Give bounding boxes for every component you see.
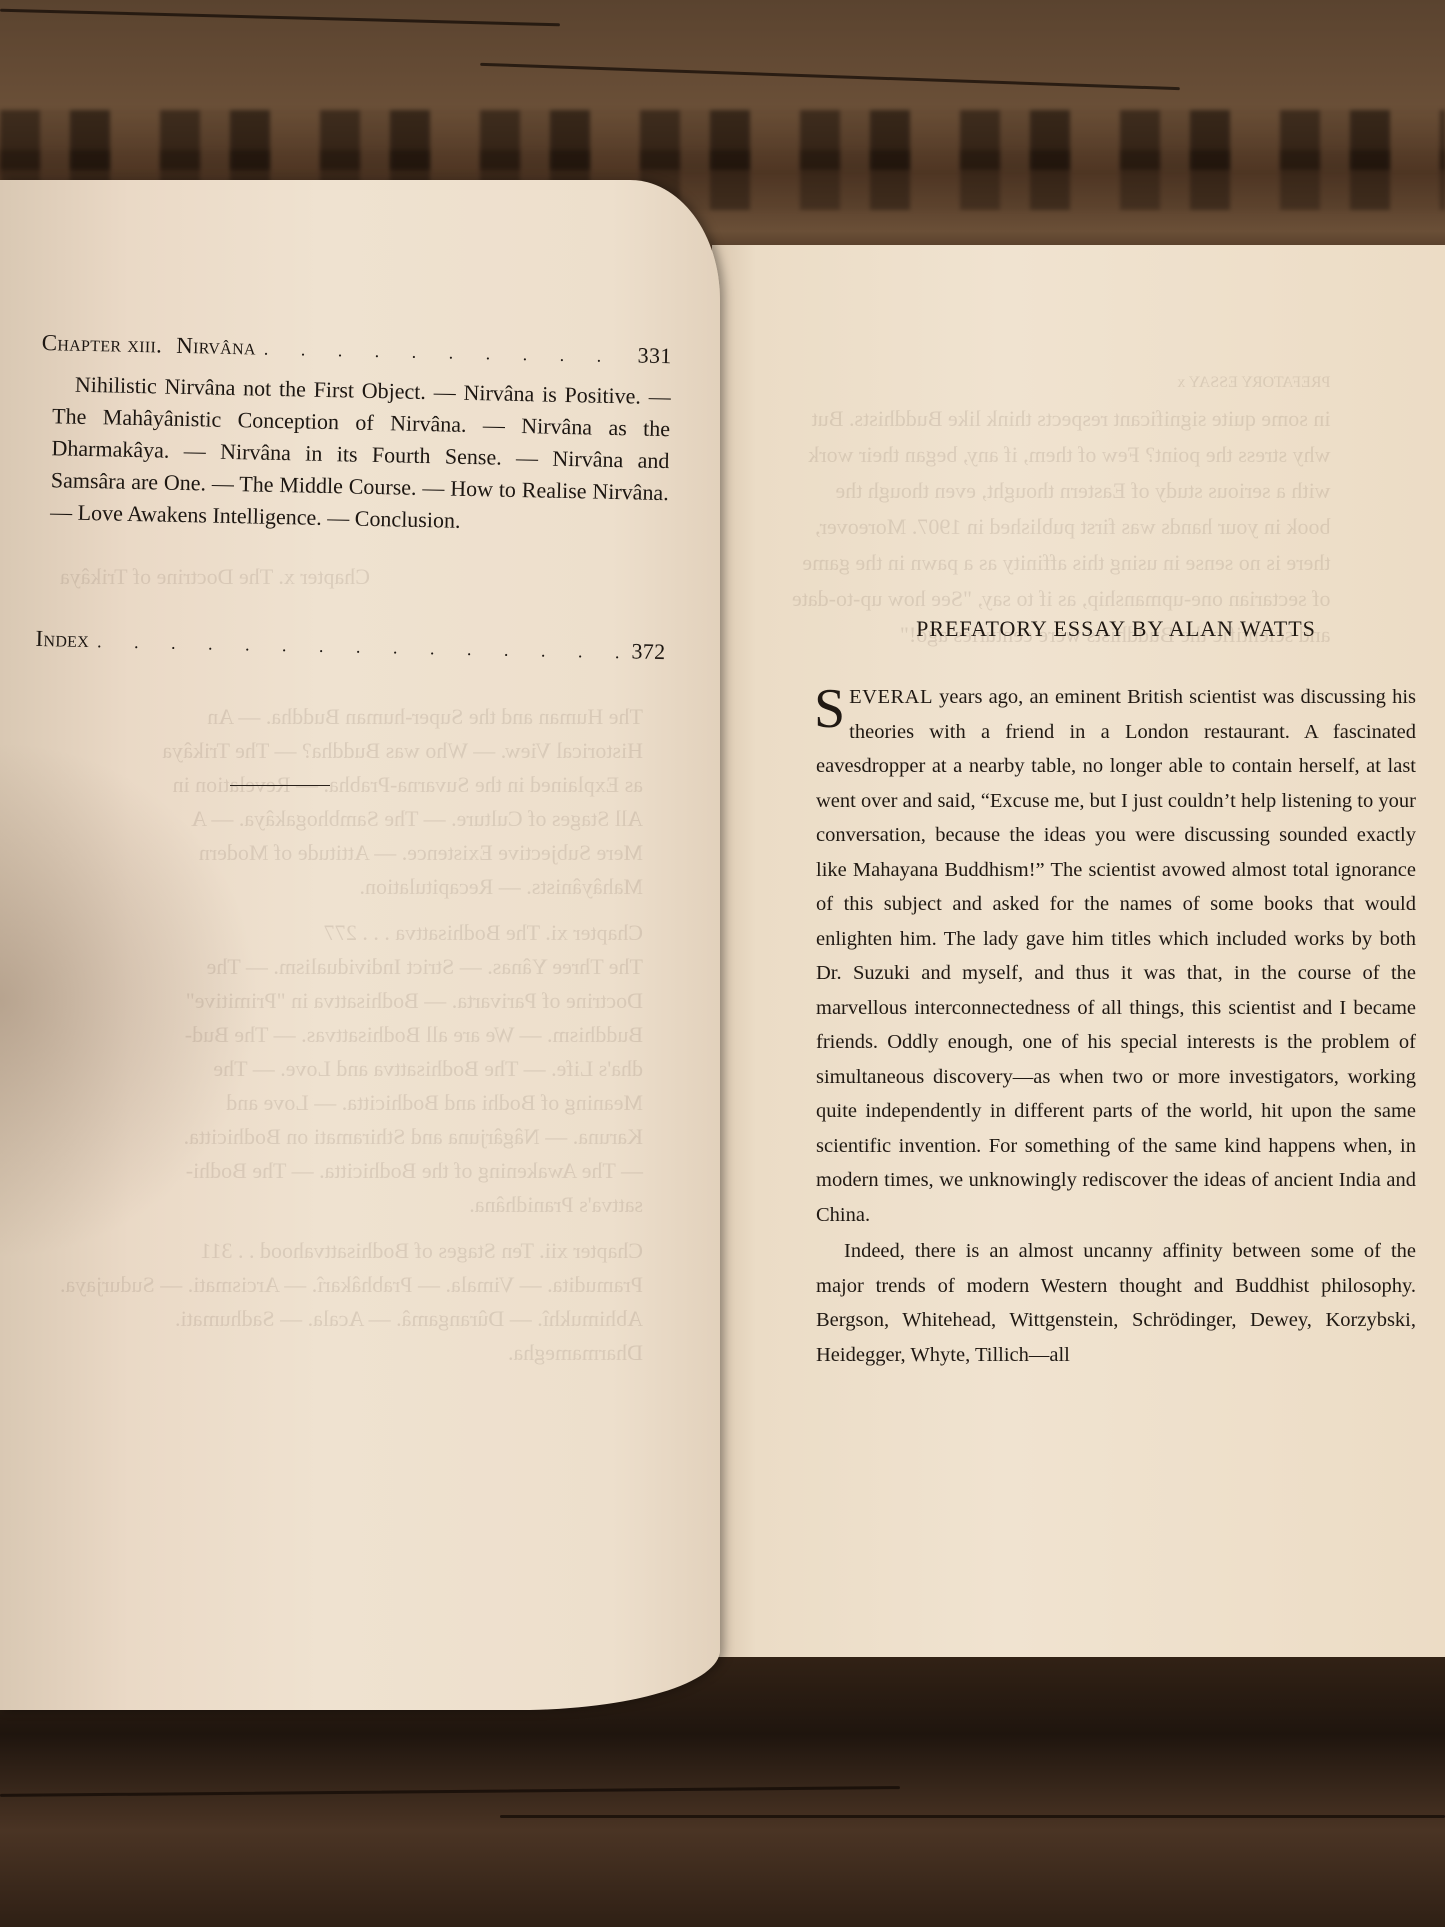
essay-title: PREFATORY ESSAY BY ALAN WATTS xyxy=(816,616,1416,642)
show-through-line: Doctrine of Parivarta. — Bodhisattva in … xyxy=(60,984,643,1018)
show-through-line: there is no sense in using this affinity… xyxy=(792,545,1330,581)
show-through-line: The Three Yânas. — Strict Individualism.… xyxy=(60,950,643,984)
chapter-title: Nirvâna xyxy=(176,333,256,360)
drop-cap: S xyxy=(814,686,845,732)
section-divider-rule xyxy=(230,785,330,786)
show-through-line: Mere Subjective Existence. — Attitude of… xyxy=(60,836,643,870)
show-through-line: in some quite significant respects think… xyxy=(792,401,1330,437)
show-through-line: Pramudita. — Vimala. — Prabhâkarî. — Arc… xyxy=(60,1268,643,1302)
show-through-block: The Human and the Super-human Buddha. — … xyxy=(60,700,643,1370)
show-through-line: dha's Life. — The Bodhisattva and Love. … xyxy=(60,1052,643,1086)
show-through-line: Chapter xii. Ten Stages of Bodhisattvaho… xyxy=(60,1234,643,1268)
table-of-contents: Chapter xiii.Nirvâna . . . . . . . . . .… xyxy=(35,330,672,665)
wood-crack xyxy=(480,63,1180,90)
index-title: Index xyxy=(35,626,89,653)
page-number: 331 xyxy=(637,342,671,369)
show-through-line: All Stages of Culture. — The Sambhogakây… xyxy=(60,802,643,836)
wood-crack xyxy=(500,1815,1445,1818)
show-through-line: as Explained in the Suvarna-Prabha. — Re… xyxy=(60,768,643,802)
show-through-line: Buddhism. — We are all Bodhisattvas. — T… xyxy=(60,1018,643,1052)
show-through-line: Mahâyânists. — Recapitulation. xyxy=(60,870,643,904)
chapter-number: Chapter xiii. xyxy=(41,330,162,358)
show-through-line: Abhimukhî. — Dûrangamâ. — Acala. — Sadhu… xyxy=(60,1302,643,1336)
paragraph-text: Indeed, there is an almost uncanny affin… xyxy=(816,1240,1416,1366)
show-through-line: Meaning of Bodhi and Bodhicitta. — Love … xyxy=(60,1086,643,1120)
paragraph-text: years ago, an eminent British scientist … xyxy=(816,686,1416,1226)
show-through-line: of sectarian one-upmanship, as if to say… xyxy=(792,581,1330,617)
show-through-line: book in your hands was first published i… xyxy=(792,509,1330,545)
paragraph: SEVERAL years ago, an eminent British sc… xyxy=(816,680,1416,1232)
wood-crack xyxy=(0,9,560,27)
show-through-line: sattva's Pranidhâna. xyxy=(60,1188,643,1222)
chapter-summary: Nihilistic Nirvâna not the First Object.… xyxy=(16,368,671,542)
toc-chapter-title: Chapter xiii.Nirvâna xyxy=(41,330,256,360)
paragraph: Indeed, there is an almost uncanny affin… xyxy=(816,1234,1416,1372)
show-through-line: Karuna. — Nâgârjuna and Sthiramati on Bo… xyxy=(60,1120,643,1154)
wood-crack xyxy=(0,1786,900,1797)
prefatory-essay: PREFATORY ESSAY BY ALAN WATTS SEVERAL ye… xyxy=(816,616,1416,1372)
show-through-line: PREFATORY ESSAY x xyxy=(792,365,1330,401)
show-through-line: Dharmamegha. xyxy=(60,1336,643,1370)
dot-leader: . . . . . . . . . . . . . . . . . . . . … xyxy=(264,339,630,368)
lead-word: EVERAL xyxy=(849,686,933,708)
show-through-line: — The Awakening of the Bodhicitta. — The… xyxy=(60,1154,643,1188)
show-through-line: Chapter xi. The Bodhisattva . . . 277 xyxy=(60,916,643,950)
show-through-line: with a serious study of Eastern thought,… xyxy=(792,473,1330,509)
show-through-line: Historical View. — Who was Buddha? — The… xyxy=(60,734,643,768)
show-through-line: why stress the point? Few of them, if an… xyxy=(792,437,1330,473)
page-number: 372 xyxy=(631,638,665,665)
show-through-line: The Human and the Super-human Buddha. — … xyxy=(60,700,643,734)
show-through-block: PREFATORY ESSAY x in some quite signific… xyxy=(792,365,1330,653)
